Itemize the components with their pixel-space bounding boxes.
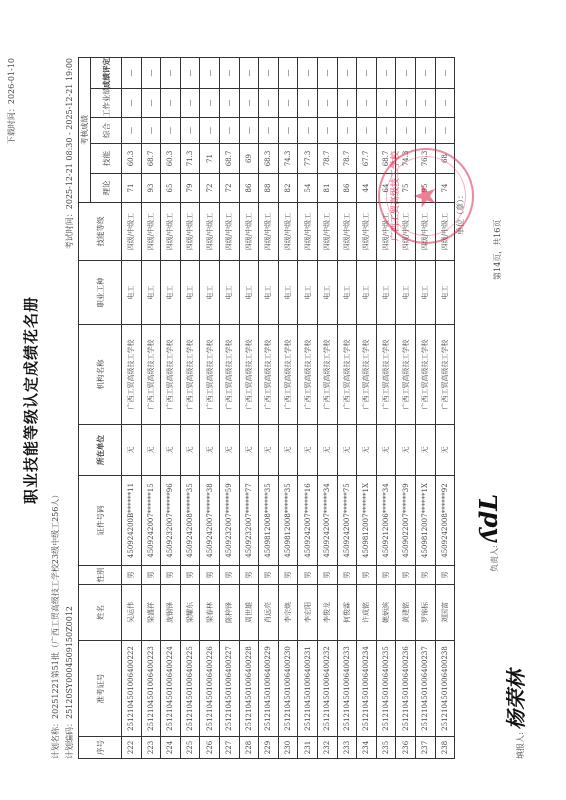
roster-page: 职业技能等级认定成绩花名册 下载时间：2026-01-10 计划名称：20251… <box>0 0 566 800</box>
cell-theory: 44 <box>357 174 377 203</box>
table-row: 2282512104501006400228周世雄男4509232007****… <box>239 57 259 758</box>
col-org: 机构名称 <box>79 325 122 425</box>
cell-evaluation: — <box>396 57 416 88</box>
cell-level: 四级/中级工 <box>298 203 318 261</box>
cell-seq: 227 <box>219 737 239 759</box>
cell-skill: 78.7 <box>317 144 337 174</box>
cell-theory: 93 <box>141 174 161 203</box>
cell-overall: — <box>219 118 239 144</box>
col-theory: 理论 <box>91 174 122 203</box>
cell-level: 四级/中级工 <box>180 203 200 261</box>
cell-occupation: 电工 <box>435 261 455 325</box>
cell-level: 四级/中级工 <box>141 203 161 261</box>
cell-performance: — <box>337 89 357 118</box>
cell-unit: 无 <box>317 425 337 476</box>
cell-gender: 男 <box>141 566 161 585</box>
cell-org: 广西工贸高级技工学校 <box>161 325 181 425</box>
cell-skill: 71.3 <box>180 144 200 174</box>
cell-occupation: 电工 <box>141 261 161 325</box>
download-time-label: 下载时间： <box>7 104 16 144</box>
cell-unit: 无 <box>415 425 435 476</box>
cell-evaluation: — <box>298 57 318 88</box>
score-table: 序号 准考证号 姓名 性别 证件号码 所在单位 机构名称 职业工种 技能等级 考… <box>78 57 455 759</box>
cell-occupation: 电工 <box>239 261 259 325</box>
cell-overall: — <box>357 118 377 144</box>
cell-performance: — <box>435 89 455 118</box>
cell-overall: — <box>337 118 357 144</box>
cell-skill: 74.3 <box>278 144 298 174</box>
responsible-signature: ʎdL <box>474 494 503 543</box>
exam-time-label: 考试时间： <box>65 209 74 249</box>
col-level: 技能等级 <box>79 203 122 261</box>
cell-occupation: 电工 <box>415 261 435 325</box>
cell-theory: 71 <box>122 174 142 203</box>
cell-performance: — <box>357 89 377 118</box>
cell-seq: 228 <box>239 737 259 759</box>
cell-name: 李俊龙 <box>317 585 337 641</box>
cell-skill: 68.7 <box>219 144 239 174</box>
cell-gender: 男 <box>278 566 298 585</box>
cell-name: 李宏阳 <box>298 585 318 641</box>
plan-code-label: 计划编码： <box>65 719 74 759</box>
cell-id-no: 4509242008******35 <box>180 476 200 566</box>
cell-unit: 无 <box>161 425 181 476</box>
table-row: 2292512104501006400229肖远亮男4509812008****… <box>259 57 279 758</box>
cell-theory: 75 <box>396 174 416 203</box>
table-row: 2362512104501006400236黄建铭男4509022007****… <box>396 57 416 758</box>
cell-name: 陈梓锋 <box>219 585 239 641</box>
cell-org: 广西工贸高级技工学校 <box>278 325 298 425</box>
cell-level: 四级/中级工 <box>161 203 181 261</box>
cell-exam-no: 2512104501006400230 <box>278 641 298 737</box>
cell-seq: 230 <box>278 737 298 759</box>
cell-org: 广西工贸高级技工学校 <box>141 325 161 425</box>
cell-overall: — <box>161 118 181 144</box>
cell-occupation: 电工 <box>259 261 279 325</box>
cell-performance: — <box>141 89 161 118</box>
cell-performance: — <box>317 89 337 118</box>
cell-occupation: 电工 <box>376 261 396 325</box>
cell-skill: 68.7 <box>376 144 396 174</box>
cell-name: 李宗焕 <box>278 585 298 641</box>
cell-seq: 223 <box>141 737 161 759</box>
cell-exam-no: 2512104501006400225 <box>180 641 200 737</box>
cell-id-no: 4509232007******59 <box>219 476 239 566</box>
col-overall: 综合 <box>91 118 122 144</box>
cell-id-no: 4509242007******16 <box>298 476 318 566</box>
cell-skill: 69 <box>239 144 259 174</box>
cell-name: 梁盛祥 <box>141 585 161 641</box>
cell-theory: 86 <box>239 174 259 203</box>
cell-exam-no: 2512104501006400226 <box>200 641 220 737</box>
table-row: 2372512104501006400237罗锦标男4509812007****… <box>415 57 435 758</box>
cell-gender: 男 <box>259 566 279 585</box>
cell-gender: 男 <box>317 566 337 585</box>
cell-level: 四级/中级工 <box>239 203 259 261</box>
table-row: 2242512104501006400224庞钢锋男4509232007****… <box>161 57 181 758</box>
cell-theory: 86 <box>337 174 357 203</box>
table-row: 2232512104501006400223梁盛祥男4509242007****… <box>141 57 161 758</box>
col-name: 姓名 <box>79 585 122 641</box>
cell-gender: 男 <box>239 566 259 585</box>
cell-exam-no: 2512104501006400222 <box>122 641 142 737</box>
cell-performance: — <box>298 89 318 118</box>
cell-gender: 男 <box>337 566 357 585</box>
col-evaluation: 成绩评定 <box>91 57 122 88</box>
cell-unit: 无 <box>278 425 298 476</box>
cell-performance: — <box>161 89 181 118</box>
cell-theory: 82 <box>278 174 298 203</box>
cell-name: 梁春林 <box>200 585 220 641</box>
plan-name-label: 计划名称： <box>51 719 60 759</box>
filler: 填报人: 杨荣林 <box>500 670 529 759</box>
cell-skill: 68 <box>435 144 455 174</box>
table-row: 2342512104501006400234许成铭男4509812007****… <box>357 57 377 758</box>
cell-level: 四级/中级工 <box>278 203 298 261</box>
cell-org: 广西工贸高级技工学校 <box>435 325 455 425</box>
cell-overall: — <box>376 118 396 144</box>
table-row: 2252512104501006400225梁耀东男4509242008****… <box>180 57 200 758</box>
cell-occupation: 电工 <box>180 261 200 325</box>
cell-unit: 无 <box>141 425 161 476</box>
cell-id-no: 4509812007******1X <box>415 476 435 566</box>
cell-occupation: 电工 <box>219 261 239 325</box>
cell-theory: 54 <box>298 174 318 203</box>
exam-time-value: 2025-12-21 08:30 - 2025-12-21 19:00 <box>65 58 74 209</box>
cell-theory: 72 <box>219 174 239 203</box>
table-row: 2352512104501006400235姚炳滨男4509212006****… <box>376 57 396 758</box>
cell-performance: — <box>415 89 435 118</box>
cell-occupation: 电工 <box>200 261 220 325</box>
cell-occupation: 电工 <box>337 261 357 325</box>
cell-evaluation: — <box>122 57 142 88</box>
cell-gender: 男 <box>122 566 142 585</box>
cell-id-no: 4509812007******1X <box>357 476 377 566</box>
cell-seq: 226 <box>200 737 220 759</box>
cell-name: 庞钢锋 <box>161 585 181 641</box>
cell-gender: 男 <box>180 566 200 585</box>
col-occupation: 职业工种 <box>79 261 122 325</box>
cell-evaluation: — <box>376 57 396 88</box>
cell-exam-no: 2512104501006400231 <box>298 641 318 737</box>
cell-evaluation: — <box>239 57 259 88</box>
plan-name: 计划名称：20251221第51批（广西工贸高级技工学校23级中级工256人） <box>50 491 61 759</box>
cell-unit: 无 <box>180 425 200 476</box>
cell-org: 广西工贸高级技工学校 <box>122 325 142 425</box>
cell-id-no: 4509242007******34 <box>317 476 337 566</box>
cell-overall: — <box>278 118 298 144</box>
cell-evaluation: — <box>278 57 298 88</box>
cell-seq: 222 <box>122 737 142 759</box>
cell-unit: 无 <box>298 425 318 476</box>
cell-exam-no: 2512104501006400229 <box>259 641 279 737</box>
cell-seq: 238 <box>435 737 455 759</box>
filler-label: 填报人: <box>516 732 525 759</box>
cell-performance: — <box>122 89 142 118</box>
page-title: 职业技能等级认定成绩花名册 <box>20 0 41 800</box>
cell-gender: 男 <box>376 566 396 585</box>
cell-unit: 无 <box>376 425 396 476</box>
cell-seq: 231 <box>298 737 318 759</box>
cell-exam-no: 2512104501006400227 <box>219 641 239 737</box>
cell-id-no: 4509242007******75 <box>337 476 357 566</box>
cell-id-no: 4509242008******92 <box>435 476 455 566</box>
cell-org: 广西工贸高级技工学校 <box>376 325 396 425</box>
cell-occupation: 电工 <box>396 261 416 325</box>
cell-org: 广西工贸高级技工学校 <box>415 325 435 425</box>
cell-theory: 74 <box>435 174 455 203</box>
cell-overall: — <box>396 118 416 144</box>
page-info: 第14页，共16页 <box>492 220 503 280</box>
cell-name: 罗锦标 <box>415 585 435 641</box>
cell-id-no: 4509812008******35 <box>278 476 298 566</box>
cell-overall: — <box>141 118 161 144</box>
cell-skill: 68.3 <box>259 144 279 174</box>
exam-time: 考试时间：2025-12-21 08:30 - 2025-12-21 19:00 <box>64 58 75 249</box>
cell-name: 梁耀东 <box>180 585 200 641</box>
cell-evaluation: — <box>357 57 377 88</box>
cell-exam-no: 2512104501006400224 <box>161 641 181 737</box>
cell-theory: 81 <box>317 174 337 203</box>
cell-theory: 65 <box>161 174 181 203</box>
cell-gender: 男 <box>435 566 455 585</box>
cell-overall: — <box>259 118 279 144</box>
cell-name: 刘国富 <box>435 585 455 641</box>
cell-gender: 男 <box>200 566 220 585</box>
cell-evaluation: — <box>200 57 220 88</box>
cell-gender: 男 <box>415 566 435 585</box>
cell-level: 四级/中级工 <box>122 203 142 261</box>
cell-evaluation: — <box>317 57 337 88</box>
cell-evaluation: — <box>161 57 181 88</box>
cell-unit: 无 <box>357 425 377 476</box>
cell-skill: 77.3 <box>298 144 318 174</box>
plan-code-value: 25120SY0004509150Z0012 <box>65 606 74 719</box>
cell-skill: 68.7 <box>141 144 161 174</box>
cell-seq: 233 <box>337 737 357 759</box>
cell-org: 广西工贸高级技工学校 <box>219 325 239 425</box>
cell-evaluation: — <box>219 57 239 88</box>
cell-unit: 无 <box>396 425 416 476</box>
col-skill: 技能 <box>91 144 122 174</box>
cell-overall: — <box>239 118 259 144</box>
cell-level: 四级/中级工 <box>415 203 435 261</box>
cell-performance: — <box>376 89 396 118</box>
cell-level: 四级/中级工 <box>357 203 377 261</box>
responsible: 负责人: ʎdL <box>474 494 503 572</box>
cell-exam-no: 2512104501006400235 <box>376 641 396 737</box>
cell-skill: 67.7 <box>357 144 377 174</box>
cell-unit: 无 <box>122 425 142 476</box>
cell-level: 四级/中级工 <box>200 203 220 261</box>
cell-performance: — <box>396 89 416 118</box>
cell-seq: 232 <box>317 737 337 759</box>
cell-seq: 235 <box>376 737 396 759</box>
cell-skill: 74.3 <box>396 144 416 174</box>
cell-org: 广西工贸高级技工学校 <box>357 325 377 425</box>
cell-id-no: 4509212006******34 <box>376 476 396 566</box>
cell-level: 四级/中级工 <box>219 203 239 261</box>
cell-gender: 男 <box>219 566 239 585</box>
cell-evaluation: — <box>337 57 357 88</box>
cell-performance: — <box>200 89 220 118</box>
cell-overall: — <box>317 118 337 144</box>
cell-id-no: 4509242007******38 <box>200 476 220 566</box>
cell-id-no: 4509232007******77 <box>239 476 259 566</box>
cell-gender: 男 <box>298 566 318 585</box>
cell-evaluation: — <box>415 57 435 88</box>
cell-gender: 男 <box>161 566 181 585</box>
cell-seq: 234 <box>357 737 377 759</box>
cell-overall: — <box>415 118 435 144</box>
table-row: 2332512104501006400233何俊霖男4509242007****… <box>337 57 357 758</box>
col-exam-no: 准考证号 <box>79 641 122 737</box>
cell-theory: 79 <box>180 174 200 203</box>
table-row: 2312512104501006400231李宏阳男4509242007****… <box>298 57 318 758</box>
cell-id-no: 4509232007******96 <box>161 476 181 566</box>
cell-exam-no: 2512104501006400234 <box>357 641 377 737</box>
cell-unit: 无 <box>219 425 239 476</box>
filler-signature: 杨荣林 <box>504 670 528 730</box>
cell-org: 广西工贸高级技工学校 <box>396 325 416 425</box>
cell-exam-no: 2512104501006400223 <box>141 641 161 737</box>
cell-occupation: 电工 <box>317 261 337 325</box>
cell-evaluation: — <box>180 57 200 88</box>
table-row: 2262512104501006400226梁春林男4509242007****… <box>200 57 220 758</box>
cell-unit: 无 <box>435 425 455 476</box>
cell-exam-no: 2512104501006400238 <box>435 641 455 737</box>
cell-performance: — <box>239 89 259 118</box>
cell-theory: 88 <box>259 174 279 203</box>
cell-exam-no: 2512104501006400228 <box>239 641 259 737</box>
cell-occupation: 电工 <box>161 261 181 325</box>
cell-org: 广西工贸高级技工学校 <box>180 325 200 425</box>
cell-level: 四级/中级工 <box>259 203 279 261</box>
cell-occupation: 电工 <box>122 261 142 325</box>
plan-name-value: 20251221第51批（广西工贸高级技工学校23级中级工256人） <box>51 491 60 719</box>
cell-org: 广西工贸高级技工学校 <box>259 325 279 425</box>
cell-skill: 60.3 <box>122 144 142 174</box>
cell-name: 肖远亮 <box>259 585 279 641</box>
download-time-value: 2026-01-10 <box>7 58 16 104</box>
cell-exam-no: 2512104501006400236 <box>396 641 416 737</box>
unit-seal-label: 单位（章）： <box>455 191 466 235</box>
cell-skill: 60.3 <box>161 144 181 174</box>
cell-gender: 男 <box>396 566 416 585</box>
cell-exam-no: 2512104501006400232 <box>317 641 337 737</box>
cell-name: 何俊霖 <box>337 585 357 641</box>
cell-performance: — <box>180 89 200 118</box>
cell-level: 四级/中级工 <box>376 203 396 261</box>
cell-performance: — <box>219 89 239 118</box>
cell-overall: — <box>180 118 200 144</box>
cell-evaluation: — <box>435 57 455 88</box>
cell-level: 四级/中级工 <box>435 203 455 261</box>
col-gender: 性别 <box>79 566 122 585</box>
cell-id-no: 450924200B******11 <box>122 476 142 566</box>
cell-performance: — <box>259 89 279 118</box>
cell-id-no: 4509242007******15 <box>141 476 161 566</box>
table-row: 2322512104501006400232李俊龙男4509242007****… <box>317 57 337 758</box>
cell-performance: — <box>278 89 298 118</box>
cell-name: 许成铭 <box>357 585 377 641</box>
cell-skill: 76.3 <box>415 144 435 174</box>
cell-seq: 236 <box>396 737 416 759</box>
table-row: 2382512104501006400238刘国富男4509242008****… <box>435 57 455 758</box>
cell-overall: — <box>200 118 220 144</box>
cell-skill: 78.7 <box>337 144 357 174</box>
cell-name: 吴运伟 <box>122 585 142 641</box>
cell-name: 周世雄 <box>239 585 259 641</box>
table-row: 2302512104501006400230李宗焕男4509812008****… <box>278 57 298 758</box>
download-time: 下载时间：2026-01-10 <box>6 58 17 144</box>
cell-org: 广西工贸高级技工学校 <box>200 325 220 425</box>
responsible-label: 负责人: <box>490 545 499 572</box>
cell-level: 四级/中级工 <box>337 203 357 261</box>
cell-seq: 237 <box>415 737 435 759</box>
cell-occupation: 电工 <box>357 261 377 325</box>
cell-evaluation: — <box>141 57 161 88</box>
cell-org: 广西工贸高级技工学校 <box>337 325 357 425</box>
cell-id-no: 4509812008******35 <box>259 476 279 566</box>
cell-evaluation: — <box>259 57 279 88</box>
cell-overall: — <box>435 118 455 144</box>
cell-seq: 225 <box>180 737 200 759</box>
cell-theory: 95 <box>415 174 435 203</box>
cell-theory: 72 <box>200 174 220 203</box>
table-row: 2222512104501006400222吴运伟男450924200B****… <box>122 57 142 758</box>
cell-occupation: 电工 <box>278 261 298 325</box>
cell-theory: 64 <box>376 174 396 203</box>
col-performance: 工作业绩 <box>91 89 122 118</box>
col-unit: 所在单位 <box>79 425 122 476</box>
cell-unit: 无 <box>259 425 279 476</box>
cell-gender: 男 <box>357 566 377 585</box>
cell-occupation: 电工 <box>298 261 318 325</box>
cell-unit: 无 <box>239 425 259 476</box>
cell-unit: 无 <box>200 425 220 476</box>
cell-level: 四级/中级工 <box>317 203 337 261</box>
cell-org: 广西工贸高级技工学校 <box>239 325 259 425</box>
cell-unit: 无 <box>337 425 357 476</box>
cell-seq: 224 <box>161 737 181 759</box>
cell-org: 广西工贸高级技工学校 <box>317 325 337 425</box>
cell-name: 姚炳滨 <box>376 585 396 641</box>
cell-exam-no: 2512104501006400233 <box>337 641 357 737</box>
cell-level: 四级/中级工 <box>396 203 416 261</box>
col-id-no: 证件号码 <box>79 476 122 566</box>
cell-org: 广西工贸高级技工学校 <box>298 325 318 425</box>
col-score-group: 考核成绩 <box>79 57 91 202</box>
cell-name: 黄建铭 <box>396 585 416 641</box>
cell-seq: 229 <box>259 737 279 759</box>
cell-exam-no: 2512104501006400237 <box>415 641 435 737</box>
cell-skill: 71 <box>200 144 220 174</box>
table-row: 2272512104501006400227陈梓锋男4509232007****… <box>219 57 239 758</box>
cell-overall: — <box>122 118 142 144</box>
col-seq: 序号 <box>79 737 122 759</box>
cell-id-no: 4509022007******39 <box>396 476 416 566</box>
plan-code: 计划编码：25120SY0004509150Z0012 <box>64 606 75 759</box>
cell-overall: — <box>298 118 318 144</box>
